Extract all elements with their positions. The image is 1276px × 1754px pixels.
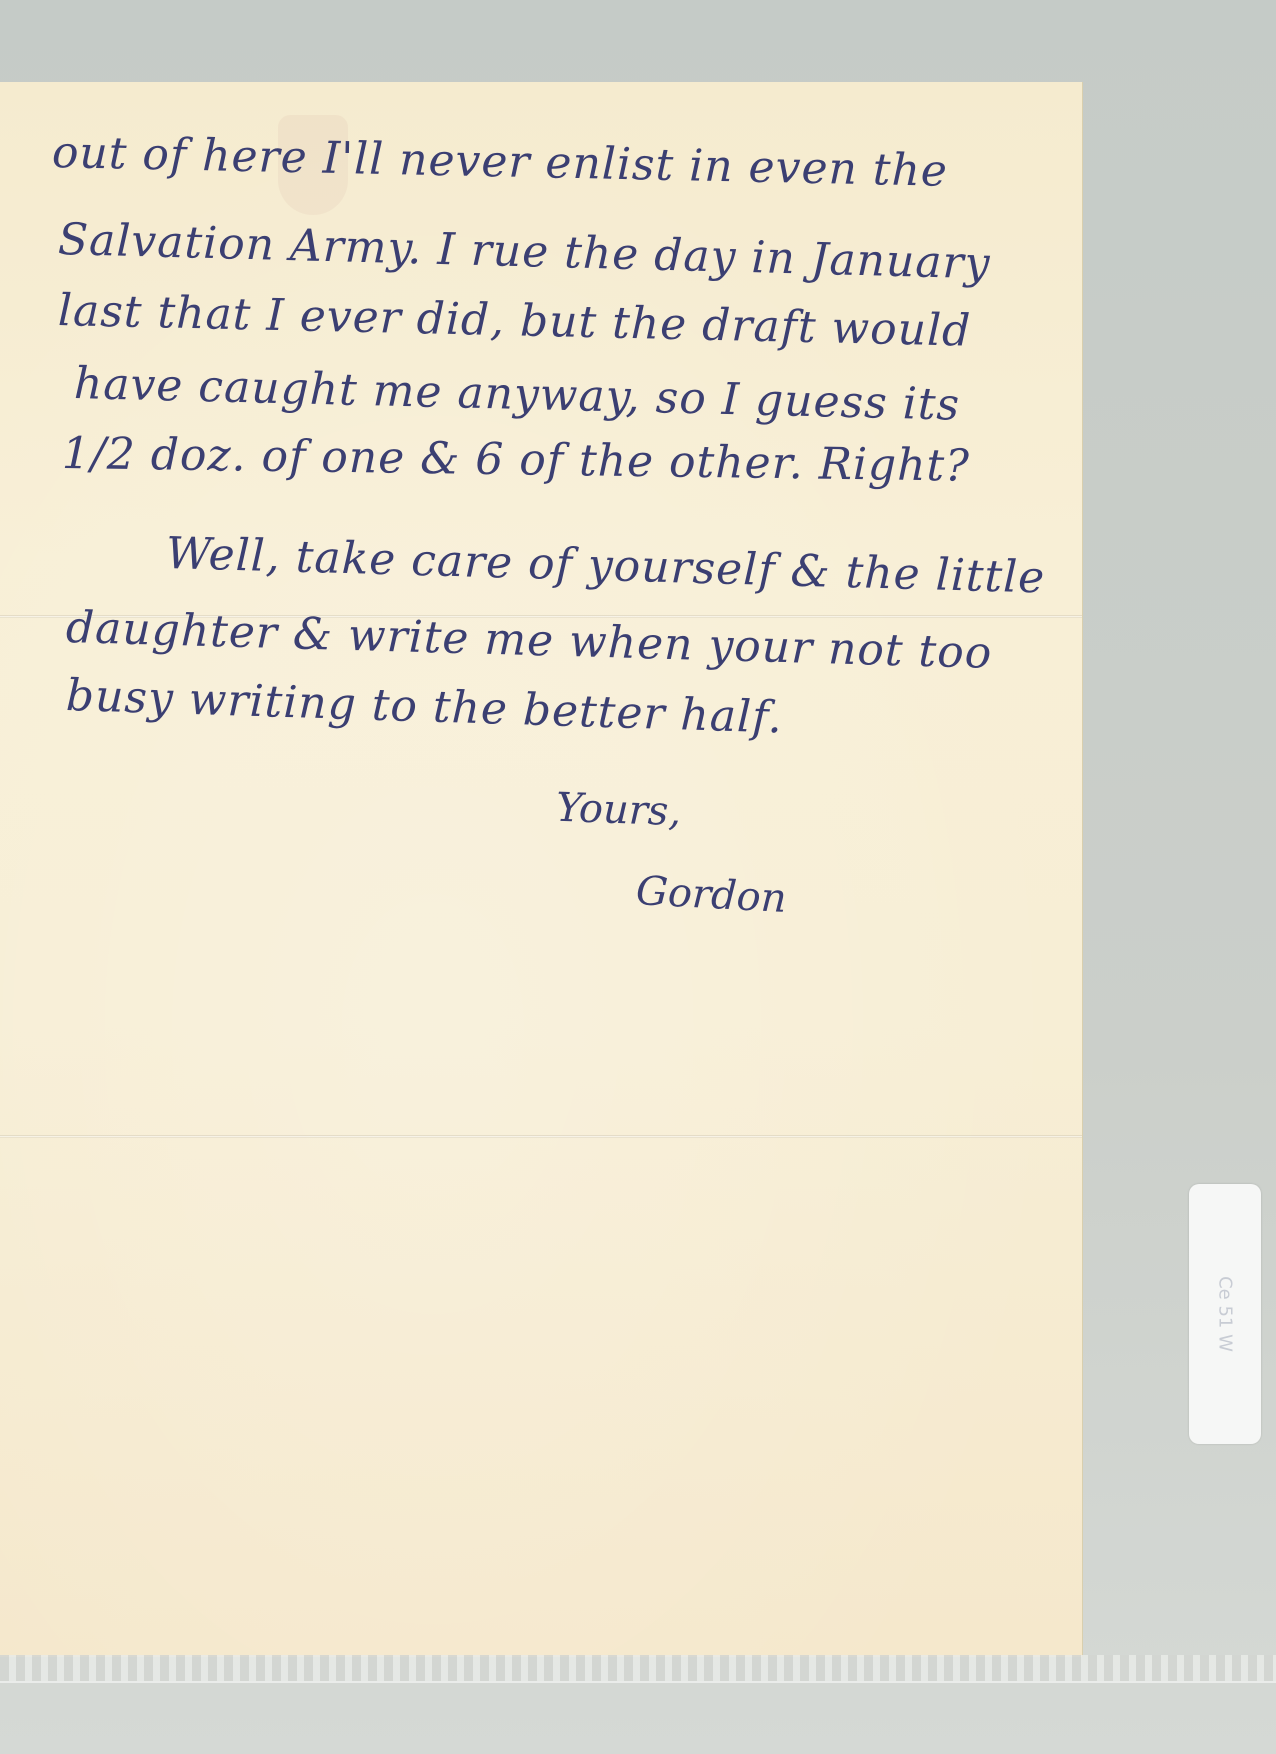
- letter-line-8: busy writing to the better half.: [65, 670, 783, 744]
- letter-line-5: 1/2 doz. of one & 6 of the other. Right?: [62, 428, 970, 492]
- letter-signature: Gordon: [635, 868, 788, 922]
- archival-sleeve-edge: [0, 1655, 1276, 1683]
- letter-line-6: Well, take care of yourself & the little: [165, 528, 1046, 604]
- letter-line-2: Salvation Army. I rue the day in January: [57, 214, 991, 289]
- letter-closing: Yours,: [555, 785, 682, 835]
- letter-line-1: out of here I'll never enlist in even th…: [51, 127, 948, 197]
- archive-label-text: Ce 51 W: [1215, 1276, 1236, 1352]
- letter-line-4: have caught me anyway, so I guess its: [73, 358, 960, 431]
- archive-label: Ce 51 W: [1189, 1184, 1261, 1444]
- letter-line-7: daughter & write me when your not too: [65, 602, 993, 679]
- fold-crease-lower: [0, 1135, 1082, 1138]
- letter-page: out of here I'll never enlist in even th…: [0, 82, 1082, 1657]
- letter-line-3: last that I ever did, but the draft woul…: [57, 285, 971, 357]
